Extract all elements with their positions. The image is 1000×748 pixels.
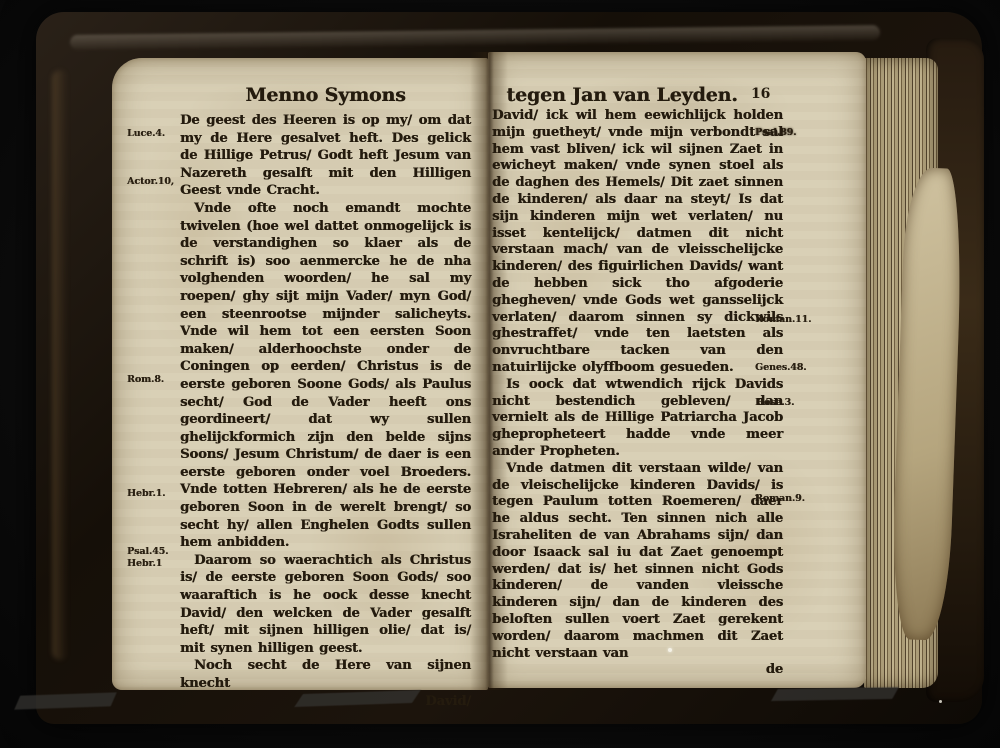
margin-note-hebr1: Hebr.1. — [127, 488, 165, 499]
book-photo: Menno Symons Luce.4. Actor.10, Rom.8. He… — [0, 0, 1000, 748]
body-paragraph: Vnde ofte noch emandt mochte twivelen (h… — [180, 200, 471, 552]
margin-note-rom8: Rom.8. — [127, 374, 164, 385]
page-number: 16 — [751, 86, 770, 102]
dust-speck — [668, 648, 672, 652]
clasp-shadow — [771, 687, 899, 701]
margin-note-actor10: Actor.10, — [127, 176, 174, 187]
left-page-header: Menno Symons — [180, 84, 471, 106]
body-paragraph: Noch secht de Here van sijnen knecht — [180, 657, 471, 692]
margin-note-psal45: Psal.45. — [127, 546, 168, 557]
body-paragraph: Is oock dat wtwendich rijck Davids nicht… — [492, 377, 783, 461]
right-page-text: David/ ick wil hem eewichlijck holden mi… — [492, 108, 783, 679]
body-paragraph: David/ ick wil hem eewichlijck holden mi… — [492, 108, 783, 377]
cover-left-wear — [52, 70, 68, 660]
body-paragraph: Daarom so waerachtich als Christus is/ d… — [180, 552, 471, 658]
body-paragraph: De geest des Heeren is op my/ om dat my … — [180, 112, 471, 200]
catchword-right: de — [492, 662, 783, 679]
margin-note-hebr1b: Hebr.1 — [127, 558, 162, 569]
margin-note-luce4: Luce.4. — [127, 128, 165, 139]
body-paragraph: Vnde datmen dit verstaan wilde/ van de v… — [492, 461, 783, 663]
left-page-text: De geest des Heeren is op my/ om dat my … — [180, 112, 471, 710]
right-page-header: tegen Jan van Leyden. — [496, 84, 748, 106]
dust-speck — [939, 700, 942, 703]
